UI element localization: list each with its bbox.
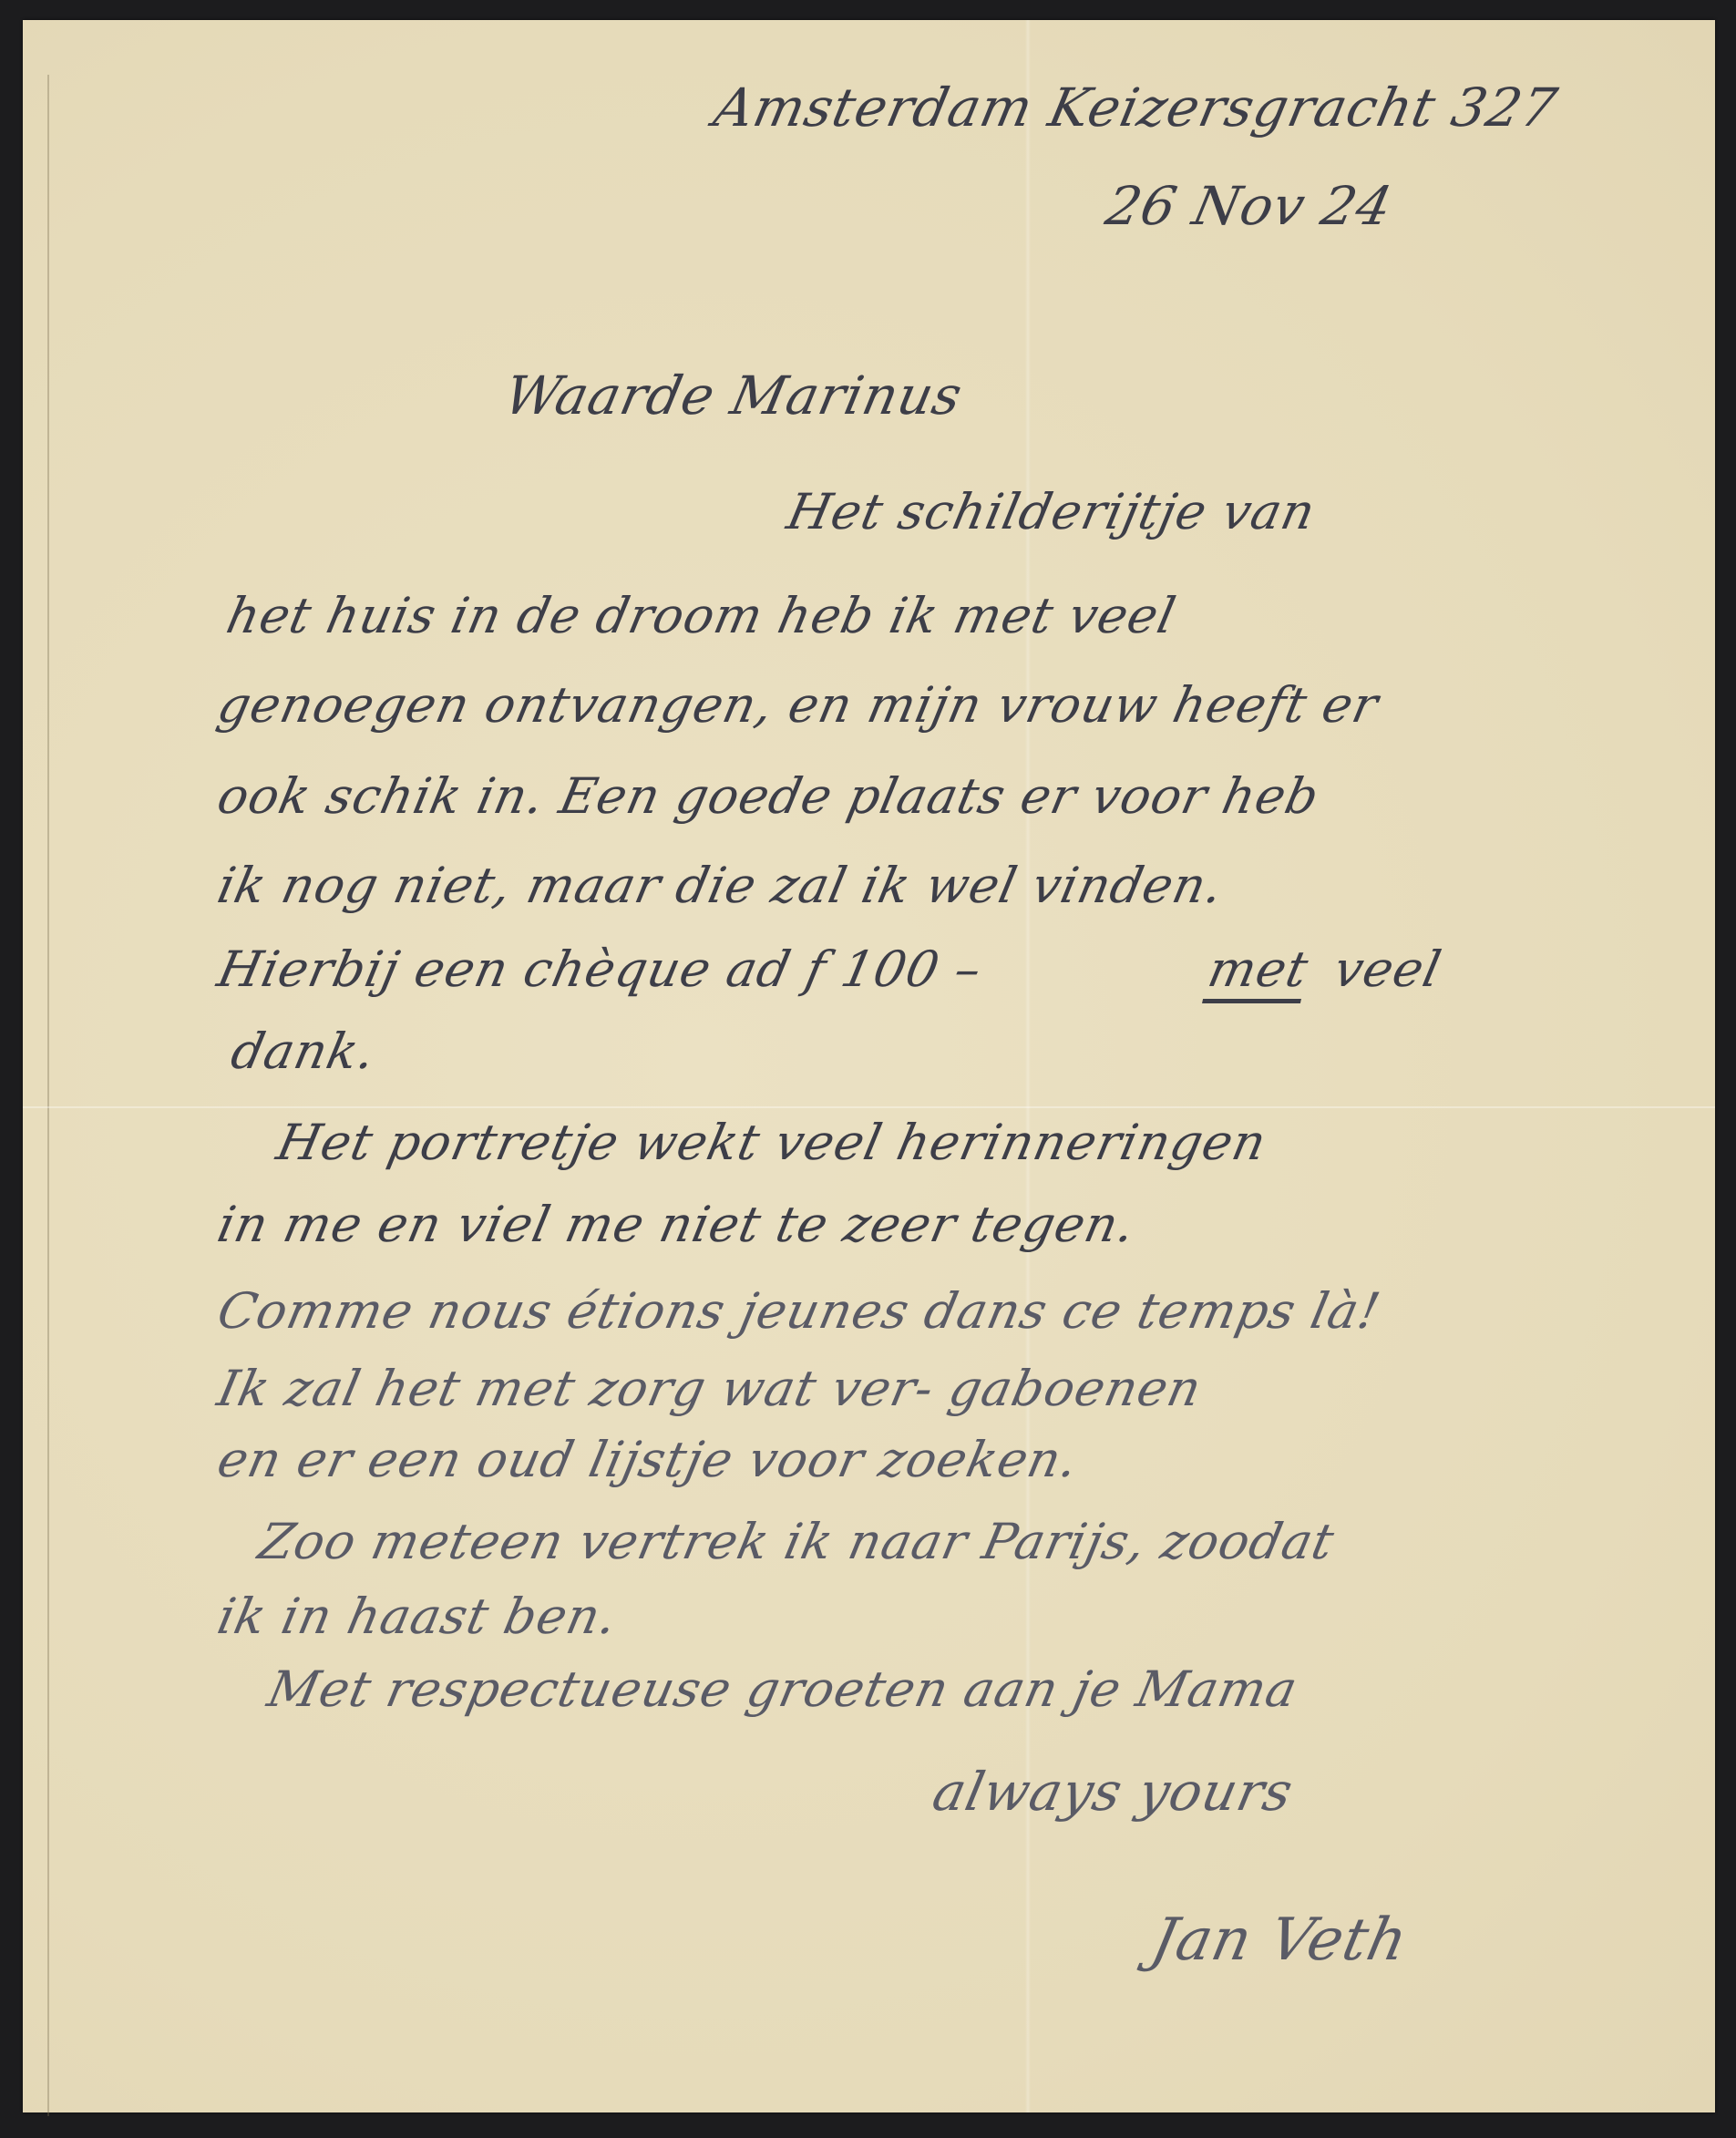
paper-fold-line [23,1106,1715,1108]
letter-salutation: Waarde Marinus [499,365,969,427]
letter-line: veel [1329,941,1446,998]
letter-line: Comme nous étions jeunes dans ce temps l… [212,1282,1385,1340]
letter-line: Met respectueuse groeten aan je Mama [262,1660,1302,1718]
letter-line: Hierbij een chèque ad f 100 – [212,941,987,998]
letter-line: ik nog niet, maar die zal ik wel vinden. [212,857,1228,914]
letter-line: in me en viel me niet te zeer tegen. [212,1196,1141,1253]
letter-line: dank. [226,1023,381,1080]
letter-line: het huis in de droom heb ik met veel [221,587,1181,644]
letter-closing: always yours [928,1761,1299,1823]
letter-emphasis-met: met [1203,941,1313,998]
letter-line: Het portretje wekt veel herinneringen [272,1114,1271,1171]
letter-line: ook schik in. Een goede plaats er voor h… [212,767,1324,825]
letter-line: Zoo meteen vertrek ik naar Parijs, zooda… [253,1513,1340,1570]
letter-line: Ik zal het met zorg wat ver- gaboenen [212,1360,1207,1417]
letter-line: genoegen ontvangen, en mijn vrouw heeft … [212,676,1383,734]
letter-line: ik in haast ben. [212,1588,622,1645]
letter-signature: Jan Veth [1145,1907,1413,1974]
letter-line: Het schilderijtje van [782,483,1320,540]
letter-paper: Amsterdam Keizersgracht 327 26 Nov 24 Wa… [23,20,1715,2112]
letter-date: 26 Nov 24 [1101,175,1398,237]
letter-line: en er een oud lijstje voor zoeken. [212,1431,1084,1488]
letter-address: Amsterdam Keizersgracht 327 [709,77,1563,139]
paper-emboss-edge [47,75,49,2116]
